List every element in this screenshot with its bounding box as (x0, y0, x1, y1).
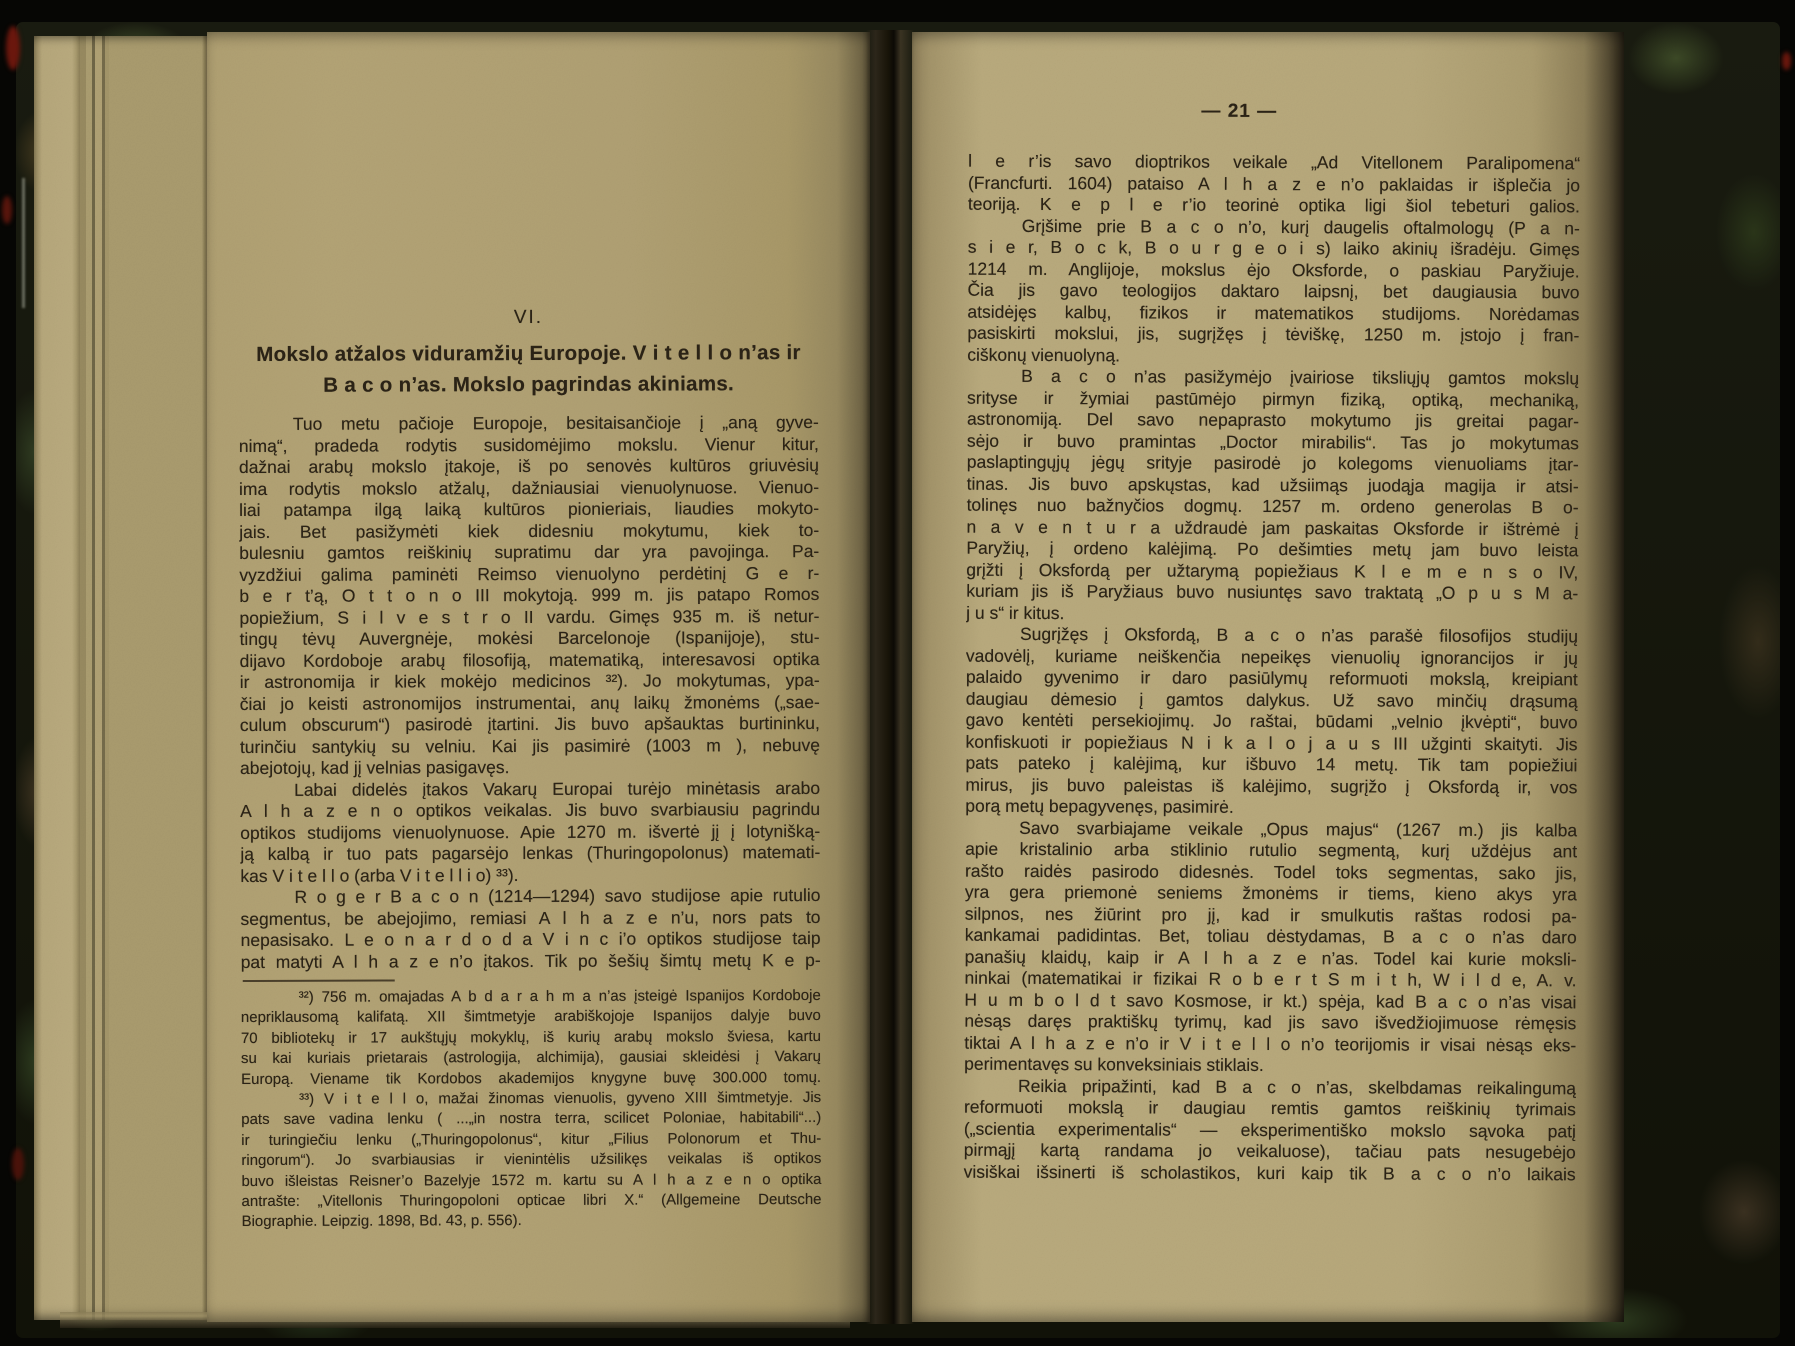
paragraph: Tuo metu pačioje Europoje, besitaisančio… (239, 412, 820, 780)
text-line: n a v e n t u r a uždraudė jam paskaitas… (966, 516, 1578, 540)
text-line: ir turingiečiu lenku („Thuringopolonus“,… (241, 1129, 821, 1151)
text-line: rašto raidės pasirodo didesnės. Todel to… (965, 860, 1577, 884)
text-line: teoriją. K e p l e r’io teorinė optika l… (968, 194, 1580, 218)
text-line: konfiskuoti ir popiežiaus N i k a l o j … (966, 731, 1578, 755)
cover-marbling-red (12, 1148, 24, 1180)
book-gutter (866, 30, 914, 1324)
text-line: su kai kuriais prietarais (astrologija, … (241, 1047, 821, 1069)
text-line: porą metų bepagyvenęs, pasimirė. (965, 796, 1577, 820)
text-line: palaido gyvenimo ir daro pasiūlymų refor… (966, 667, 1578, 691)
footnote-separator (243, 979, 395, 982)
section-title-line2: B a c o n’as. Mokslo pagrindas akiniams. (239, 368, 819, 401)
text-line: perimentavęs su konveksiniais stiklais. (964, 1054, 1576, 1078)
text-line: Europą. Viename tik Kordobos akademijos … (241, 1068, 821, 1090)
cover-marbling-red (6, 26, 20, 70)
text-line: b e r t’ą, O t t o n o III mokytoją. 999… (239, 584, 819, 608)
paragraph: Savo svarbiajame veikale „Opus majus“ (1… (964, 817, 1577, 1078)
left-page-body: Tuo metu pačioje Europoje, besitaisančio… (239, 412, 821, 973)
text-line: ima rodytis mokslo atžalų, dažniausiai v… (239, 476, 819, 500)
text-line: Reikia pripažinti, kad B a c o n’as, ske… (964, 1075, 1576, 1099)
section-title: Mokslo atžalos viduramžių Europoje. V i … (238, 337, 818, 401)
text-line: ³²) 756 m. omajadas A b d a r a h m a n’… (241, 986, 821, 1008)
text-line: kas V i t e l l o (arba V i t e l l i o)… (240, 863, 820, 887)
text-line: Tuo metu pačioje Europoje, besitaisančio… (239, 412, 819, 436)
text-line: gavo kentėti persekiojimų. Jo raštai, bū… (966, 710, 1578, 734)
text-line: Sugrįžęs į Oksfordą, B a c o n’as parašė… (966, 624, 1578, 648)
text-line: l e r’is savo dioptrikos veikale „Ad Vit… (968, 151, 1580, 175)
text-line: ją kalbą ir tuo pats pagarsėjo lenkas (T… (240, 842, 820, 866)
text-line: pasiskirti mokslui, jis, sugrįžęs į tėvi… (967, 323, 1579, 347)
text-line: H u m b o l d t savo Kosmose, ir kt.) sp… (964, 989, 1576, 1013)
text-line: reformuoti mokslą ir daugiau remtis gamt… (964, 1097, 1576, 1121)
text-line: daugiau dėmesio į gamtos dalykus. Už sav… (966, 688, 1578, 712)
footnote: ³³) V i t e l l o, mažai žinomas vienuol… (241, 1088, 821, 1233)
footnote: ³²) 756 m. omajadas A b d a r a h m a n’… (241, 986, 821, 1090)
paragraph: Grįšime prie B a c o n’o, kurį daugelis … (967, 215, 1580, 368)
paragraph: Reikia pripažinti, kad B a c o n’as, ske… (964, 1075, 1576, 1185)
text-line: ninkai (matematikai ir fizikai R o b e r… (964, 968, 1576, 992)
left-page-content: VI. Mokslo atžalos viduramžių Europoje. … (238, 305, 821, 1233)
chapter-number: VI. (238, 305, 818, 331)
text-line: pats pateko į kalėjimą, kur išbuvo 14 me… (965, 753, 1577, 777)
text-line: mirus, jis buvo paleistas iš kalėjimo, s… (965, 774, 1577, 798)
text-line: jais. Bet pasižymėti kiek didesniu mokyt… (239, 519, 819, 543)
right-page-body: l e r’is savo dioptrikos veikale „Ad Vit… (964, 151, 1580, 1186)
text-line: popiežium, S i l v e s t r o II vardu. G… (239, 605, 819, 629)
text-line: paslaptingųjų jėgų srityje pasirodė jo k… (967, 452, 1579, 476)
text-line: bulesniu gamtos reiškinių supratimu dar … (239, 541, 819, 565)
text-line: s i e r, B o c k, B o u r g e o i s) lai… (968, 237, 1580, 261)
text-line: silpnos, nes žiūrint pro jį, kad ir smul… (965, 903, 1577, 927)
text-line: tiktai A l h a z e n’o ir V i t e l l o … (964, 1032, 1576, 1056)
text-line: Biographie. Leipzig. 1898, Bd. 43, p. 55… (242, 1210, 822, 1232)
text-line: segmentus, be abejojimo, remiasi A l h a… (240, 906, 820, 930)
text-line: pirmąjį kartą randama jo veikaluose), ta… (964, 1140, 1576, 1164)
text-line: visiškai išsinerti iš scholastikos, kuri… (964, 1161, 1576, 1185)
text-line: culum obscurum“) pasirodė įtartini. Jis … (240, 713, 820, 737)
text-line: tingų tėvų Auvergnėje, mokėsi Barcelonoj… (240, 627, 820, 651)
text-line: kuriam jis iš Paryžiaus buvo nusiuntęs s… (966, 581, 1578, 605)
paragraph: Sugrįžęs į Oksfordą, B a c o n’as parašė… (965, 624, 1578, 820)
text-line: turinčiu santykių su velniu. Kai jis pas… (240, 734, 820, 758)
text-line: buvo išleistas Reisner’o Bazelyje 1572 m… (241, 1170, 821, 1192)
text-line: nepasisako. L e o n a r d o d a V i n c … (241, 928, 821, 952)
text-line: abejotojų, kad jį velnias pasigavęs. (240, 756, 820, 780)
footnotes: ³²) 756 m. omajadas A b d a r a h m a n’… (241, 986, 822, 1233)
page-number: — 21 — (933, 99, 1545, 126)
book-scan: VI. Mokslo atžalos viduramžių Europoje. … (0, 0, 1795, 1346)
text-line: atsidėjęs kalbų, fizikos ir matematikos … (967, 301, 1579, 325)
text-line: A l h a z e n o optikos veikalas. Jis bu… (240, 799, 820, 823)
text-line: Savo svarbiajame veikale „Opus majus“ (1… (965, 817, 1577, 841)
text-line: kankamai padidintas. Bet, toliau dėstyda… (965, 925, 1577, 949)
section-title-line1: Mokslo atžalos viduramžių Europoje. V i … (238, 337, 818, 370)
text-line: R o g e r B a c o n (1214—1294) savo stu… (240, 885, 820, 909)
text-line: ciškonų vienuolyną. (967, 344, 1579, 368)
text-line: optikos studijoms vienuolynuose. Apie 12… (240, 820, 820, 844)
text-line: („scientia experimentalis“ — eksperiment… (964, 1118, 1576, 1142)
text-line: pats save vadina lenku ( ...„in nostra t… (241, 1108, 821, 1130)
text-line: yra gera priemonė seniems žmonėms ir tie… (965, 882, 1577, 906)
text-line: srityse ir žymiai pastūmėjo pirmyn fizik… (967, 387, 1579, 411)
text-line: grįžti į Oksfordą per užtarymą popiežiau… (966, 559, 1578, 583)
text-line: antrašte: „Vitellonis Thuringopoloni opt… (241, 1190, 821, 1212)
text-line: Labai didelės įtakos Vakarų Europai turė… (240, 777, 820, 801)
text-line: j u s“ ir kitus. (966, 602, 1578, 626)
page-stack-edges (34, 36, 209, 1320)
text-line: pat matyti A l h a z e n’o įtakos. Tik p… (241, 949, 821, 973)
text-line: tolinęs nuo bažnyčios dogmų. 1257 m. ord… (967, 495, 1579, 519)
text-line: tinas. Jis buvo apskųstas, kad užsiimąs … (967, 473, 1579, 497)
text-line: Čia jis gavo teologijos daktaro laipsnį,… (967, 280, 1579, 304)
cover-marbling-red (1782, 52, 1791, 70)
cover-marbling-red (2, 196, 12, 224)
text-line: ringorum“). Jo svarbiausias ir vienintėl… (241, 1149, 821, 1171)
text-line: čiai jo keisti astronomijos instrumentai… (240, 691, 820, 715)
text-line: B a c o n’as pasižymėjo įvairiose tiksli… (967, 366, 1579, 390)
text-line: astronomiją. Del savo nepaprasto mokytum… (967, 409, 1579, 433)
text-line: ir astronomija ir kiek mokėjo medicinos … (240, 670, 820, 694)
paragraph: l e r’is savo dioptrikos veikale „Ad Vit… (968, 151, 1580, 218)
text-line: dažnai arabų mokslo įtakoje, iš po senov… (239, 455, 819, 479)
text-line: apie kristalinio arba stiklinio rutulio … (965, 839, 1577, 863)
text-line: sėjo ir buvo pramintas „Doctor mirabilis… (967, 430, 1579, 454)
paragraph: R o g e r B a c o n (1214—1294) savo stu… (240, 885, 820, 973)
text-line: Paryžių, į ordeno kalėjimą. Po dešimties… (966, 538, 1578, 562)
text-line: nimą“, pradeda rodytis susidomėjimo moks… (239, 433, 819, 457)
cover-edge-highlight (22, 178, 25, 308)
right-page-content: — 21 — l e r’is savo dioptrikos veikale … (964, 99, 1581, 1186)
text-line: 1214 m. Anglijoje, mokslus ėjo Oksforde,… (968, 258, 1580, 282)
text-line: liai patampa ilgą laiką kultūros pionier… (239, 498, 819, 522)
paragraph: B a c o n’as pasižymėjo įvairiose tiksli… (966, 366, 1579, 627)
text-line: nepriklausomą kalifatą. XII šimtmetyje a… (241, 1006, 821, 1028)
text-line: ³³) V i t e l l o, mažai žinomas vienuol… (241, 1088, 821, 1110)
text-line: vadovėlį, kuriame neiškenčia nepeikęs vi… (966, 645, 1578, 669)
text-line: nėsąs daręs praktiškų tyrimų, kad jis sa… (964, 1011, 1576, 1035)
text-line: panašių klaidų, kaip ir A l h a z e n’as… (965, 946, 1577, 970)
text-line: (Francfurti. 1604) pataiso A l h a z e n… (968, 172, 1580, 196)
text-line: dijavo Kordoboje arabų filosofiją, matem… (240, 648, 820, 672)
text-line: 70 bibliotekų ir 17 aukštųjų mokyklų, iš… (241, 1027, 821, 1049)
paragraph: Labai didelės įtakos Vakarų Europai turė… (240, 777, 820, 887)
text-line: Grįšime prie B a c o n’o, kurį daugelis … (968, 215, 1580, 239)
text-line: vyzdžiui galima paminėti Reimso vienuoly… (239, 562, 819, 586)
